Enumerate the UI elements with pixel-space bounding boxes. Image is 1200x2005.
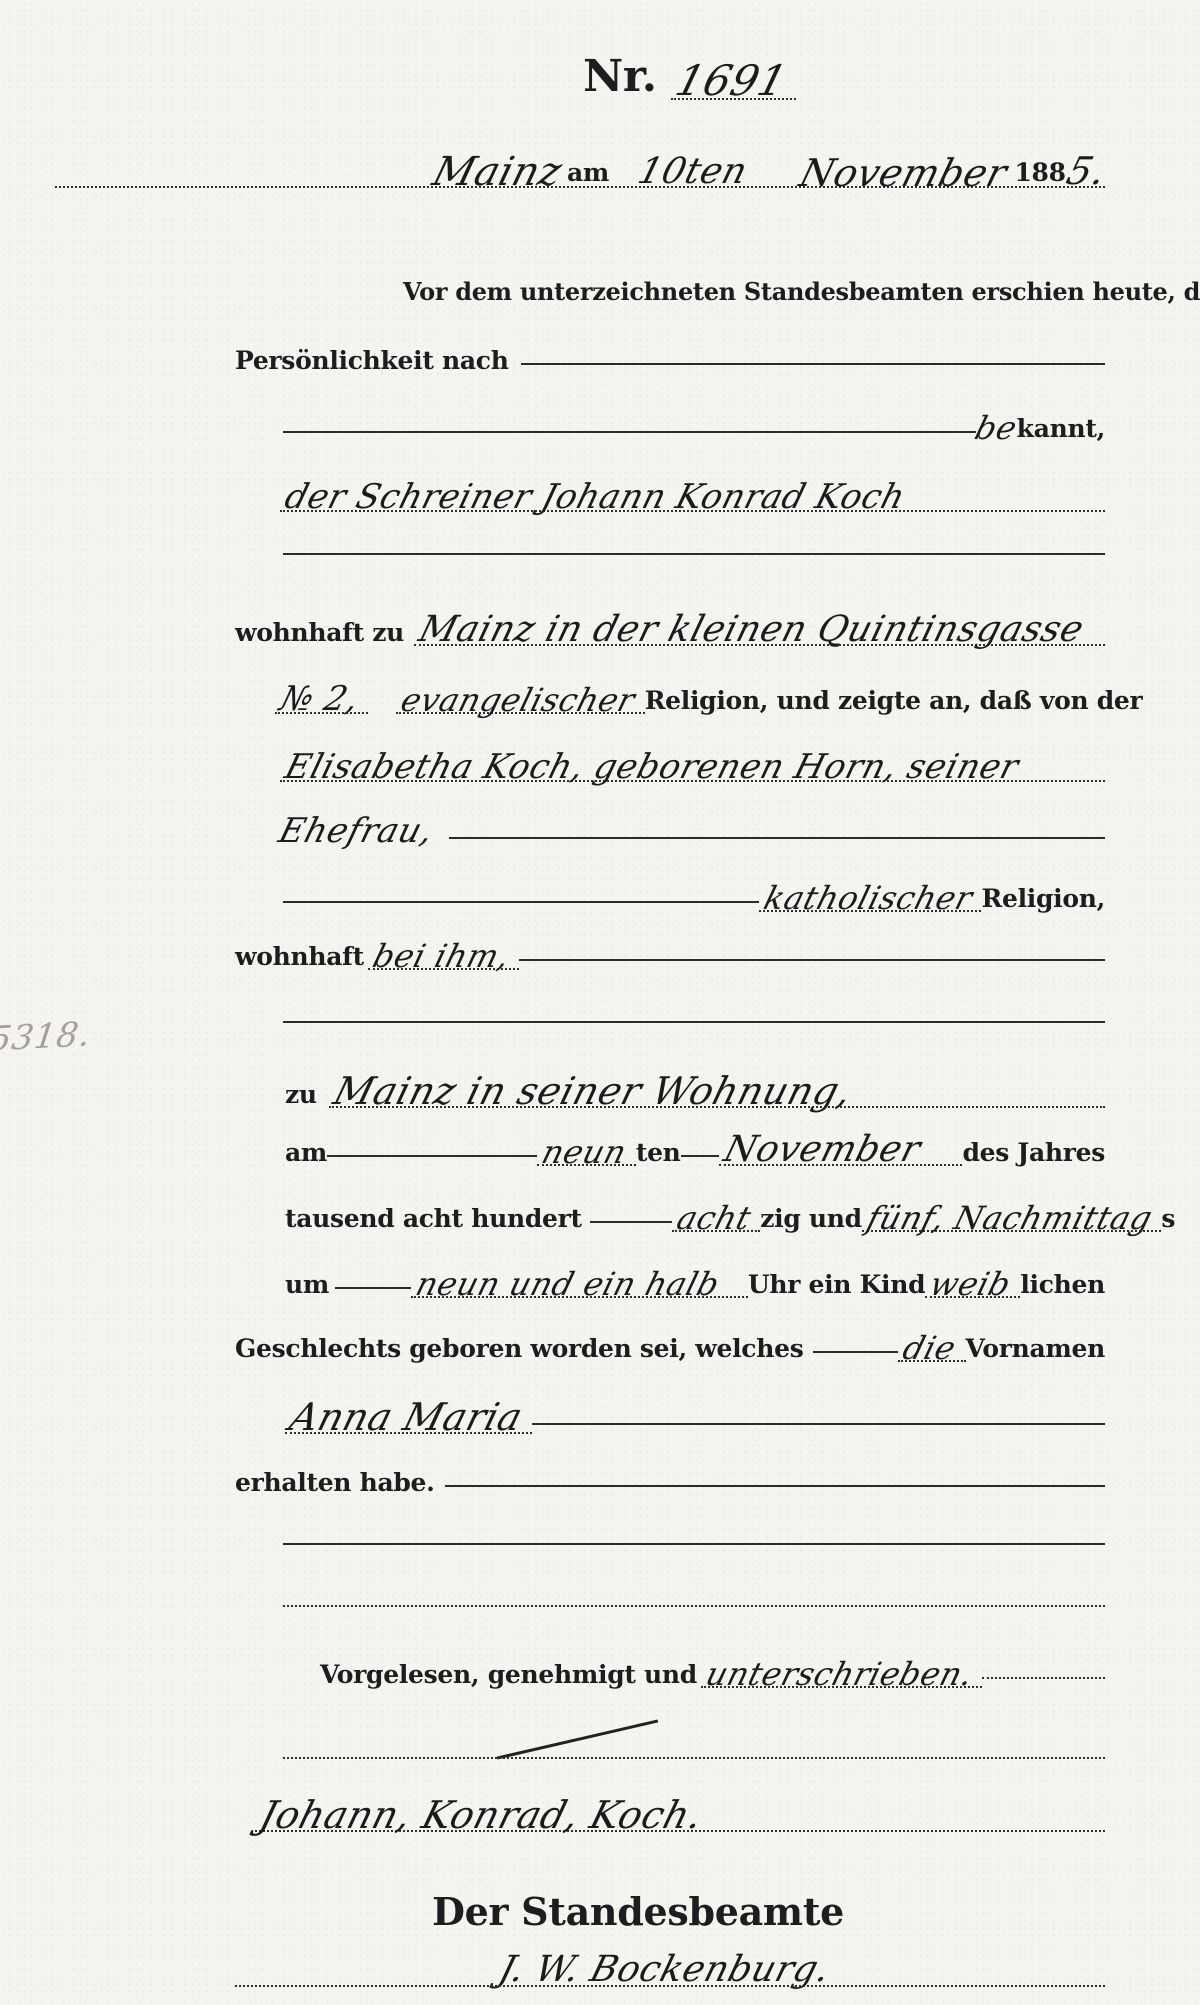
dateline-year-printed: 188: [1014, 160, 1065, 186]
unterschrieben-underline: unterschrieben.: [701, 1658, 982, 1688]
tausend-label: tausend acht hundert: [285, 1206, 582, 1232]
lichen-label: lichen: [1020, 1272, 1105, 1298]
ehefrau-value: Ehefrau,: [275, 814, 437, 848]
month2-value: November: [720, 1132, 924, 1168]
month2-underline: November: [719, 1132, 963, 1166]
weib-underline: weib: [925, 1268, 1020, 1298]
blank-rule: [327, 1155, 537, 1157]
dateline-day: 10ten: [634, 154, 751, 190]
time-value: neun und ein halb: [413, 1268, 723, 1300]
weib-value: weib: [927, 1268, 1015, 1300]
persoenlichkeit-label: Persönlichkeit nach: [235, 348, 509, 374]
wohnhaft-label: wohnhaft: [235, 944, 364, 970]
bei-ihm-value: bei ihm,: [370, 940, 514, 972]
bekannt-row: be kannt,: [283, 392, 1105, 442]
religion1-underline: evangelischer: [396, 684, 644, 714]
blank-rule: [681, 1155, 719, 1157]
registrar-title: Der Standesbeamte: [432, 1892, 844, 1932]
geschlecht-label: Geschlechts geboren worden sei, welches: [235, 1336, 803, 1362]
child-name-value: Anna Maria: [286, 1398, 527, 1436]
am2-label: am: [285, 1140, 327, 1166]
blank-rule: [449, 837, 1105, 839]
blank-rule: [532, 1423, 1105, 1425]
erhalten-label: erhalten habe.: [235, 1470, 435, 1496]
acht-underline: acht: [672, 1202, 760, 1232]
margin-note-row: 5318.: [0, 1002, 90, 1054]
intro-text: Vor dem unterzeichneten Standesbeamten e…: [403, 279, 1200, 304]
religion2-underline: katholischer: [759, 882, 982, 912]
blank-rule: [521, 363, 1105, 365]
house-no-value: № 2,: [276, 682, 363, 716]
margin-note-pencil: 5318.: [0, 1017, 92, 1056]
religion1-value: evangelischer: [398, 684, 639, 716]
bekannt-handwriting: be: [972, 412, 1021, 444]
bekannt-printed: kannt,: [1017, 416, 1105, 442]
fuenf-value: fünf, Nachmittag: [864, 1202, 1156, 1234]
birth-year-row: tausend acht hundert acht zig und fünf, …: [285, 1178, 1105, 1232]
ten-label: ten: [636, 1140, 681, 1166]
mother-row: Elisabetha Koch, geborenen Horn, seiner: [280, 716, 1105, 782]
house-no-underline: № 2,: [275, 682, 368, 714]
blank-rule: [283, 901, 759, 903]
bei-ihm-underline: bei ihm,: [368, 940, 519, 970]
declarant-row: der Schreiner Johann Konrad Koch: [280, 448, 1105, 512]
birthplace-row: zu Mainz in seiner Wohnung,: [285, 1042, 1105, 1108]
religion2-value: katholischer: [760, 882, 975, 914]
ehefrau-row: Ehefrau,: [280, 784, 1105, 848]
blank-rule: [283, 431, 976, 433]
blank-dotted-rule: [283, 1605, 1105, 1607]
bei-ihm-row: wohnhaft bei ihm,: [235, 916, 1105, 970]
mother-name: Elisabetha Koch, geborenen Horn, seiner: [281, 750, 1022, 784]
residence-underline: Mainz in der kleinen Quintinsgasse: [414, 612, 1105, 646]
dateline-place: Mainz: [429, 152, 567, 192]
dateline-am-label: am: [567, 160, 609, 186]
blank-rule: [445, 1485, 1105, 1487]
birth-time-row: um neun und ein halb Uhr ein Kind weib l…: [285, 1244, 1105, 1298]
mother-underline: Elisabetha Koch, geborenen Horn, seiner: [280, 750, 1105, 782]
birthplace-underline: Mainz in seiner Wohnung,: [329, 1072, 1105, 1108]
blank-rule: [283, 1543, 1105, 1545]
vornamen-row: Geschlechts geboren worden sei, welches …: [235, 1308, 1105, 1362]
religion2-printed: Religion,: [981, 886, 1105, 912]
declarant-signature: Johann, Konrad, Koch.: [256, 1796, 707, 1834]
religion2-row: katholischer Religion,: [283, 850, 1105, 912]
declarant-name: der Schreiner Johann Konrad Koch: [281, 480, 908, 514]
blank-rule: [335, 1287, 411, 1289]
record-number-value: 1691: [671, 60, 791, 102]
birth-record-scan: Nr. 1691 Mainz am 10ten November 188 5. …: [0, 0, 1200, 2005]
unterschrieben-value: unterschrieben.: [703, 1658, 977, 1690]
blank-dotted-rule: [283, 1757, 1105, 1759]
record-number-row: Nr. 1691: [583, 30, 796, 100]
vorgelesen-label: Vorgelesen, genehmigt und: [320, 1662, 697, 1688]
record-number-label: Nr.: [583, 54, 657, 100]
birthday-row: am neun ten November des Jahres: [285, 1112, 1105, 1166]
uhr-kind-label: Uhr ein Kind: [748, 1272, 925, 1298]
persoenlichkeit-row: Persönlichkeit nach: [235, 322, 1105, 374]
blank-rule: [519, 959, 1105, 961]
blank-dotted-rule: [982, 1677, 1105, 1679]
blank-line-row: [283, 1514, 1105, 1554]
registrar-title-row: Der Standesbeamte: [432, 1884, 844, 1932]
record-number-underline: 1691: [671, 60, 796, 100]
die-value: die: [900, 1332, 960, 1364]
blank-dotted-rule: [235, 1985, 1105, 1987]
blank-line-row: [283, 1576, 1105, 1616]
dateline-year-hw: 5.: [1063, 152, 1110, 190]
birthday-underline: neun: [537, 1136, 636, 1166]
zu-label: zu: [285, 1082, 317, 1108]
declarant-signature-row: Johann, Konrad, Koch.: [255, 1768, 1105, 1832]
um-label: um: [285, 1272, 329, 1298]
blank-rule: [283, 1021, 1105, 1023]
child-name-row: Anna Maria: [285, 1368, 1105, 1434]
des-jahres-label: des Jahres: [962, 1140, 1105, 1166]
residence-value: Mainz in der kleinen Quintinsgasse: [415, 612, 1087, 648]
child-name-underline: Anna Maria: [285, 1398, 532, 1434]
residence-row: wohnhaft zu Mainz in der kleinen Quintin…: [235, 582, 1105, 646]
religion1-printed: Religion, und zeigte an, daß von der: [645, 688, 1143, 714]
intro-row: Vor dem unterzeichneten Standesbeamten e…: [403, 252, 1200, 304]
erhalten-row: erhalten habe.: [235, 1442, 1105, 1496]
religion1-row: № 2, evangelischer Religion, und zeigte …: [275, 650, 1105, 714]
vornamen-label: Vornamen: [966, 1336, 1105, 1362]
declarant-signature-underline: Johann, Konrad, Koch.: [255, 1796, 1105, 1832]
time-underline: neun und ein halb: [411, 1268, 748, 1298]
blank-rule: [813, 1351, 898, 1353]
declarant-underline: der Schreiner Johann Konrad Koch: [280, 480, 1105, 512]
blank-line-row: [283, 524, 1105, 564]
blank-rule: [590, 1221, 672, 1223]
dateline-row: Mainz am 10ten November 188 5.: [55, 128, 1105, 188]
closing-row: Vorgelesen, genehmigt und unterschrieben…: [320, 1632, 1105, 1688]
dateline-month: November: [796, 154, 1011, 192]
acht-value: acht: [673, 1202, 754, 1234]
birthplace-value: Mainz in seiner Wohnung,: [330, 1072, 856, 1110]
fuenf-underline: fünf, Nachmittag: [862, 1202, 1162, 1232]
blank-rule: [283, 553, 1105, 555]
wohnhaft-zu-label: wohnhaft zu: [235, 620, 404, 646]
birthday-value: neun: [539, 1136, 630, 1168]
blank-line-row: [283, 1742, 1105, 1768]
bottom-line-row: [235, 1972, 1105, 1996]
die-underline: die: [898, 1332, 965, 1362]
zig-und-label: zig und: [760, 1206, 862, 1232]
s-label: s: [1161, 1206, 1175, 1232]
blank-line-row: [283, 988, 1105, 1032]
